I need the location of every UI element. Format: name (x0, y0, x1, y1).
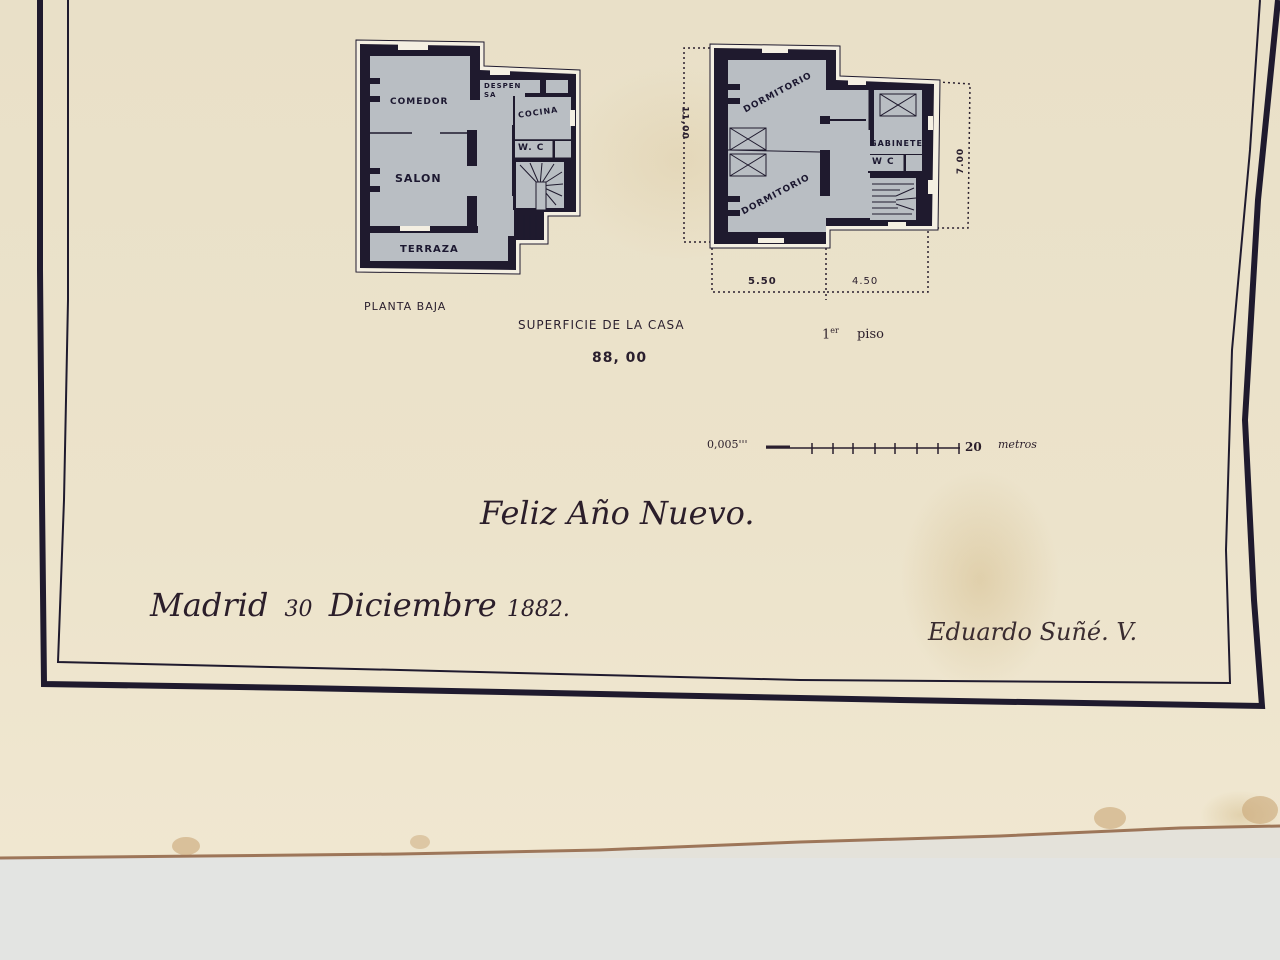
month: Diciembre (329, 586, 497, 624)
scale-end-value: 20 (965, 440, 982, 454)
city: Madrid (150, 586, 268, 624)
place-date: Madrid 30 Diciembre 1882. (150, 586, 570, 624)
scale-unit: metros (998, 438, 1037, 451)
scale-bar (0, 0, 1280, 960)
year: 1882. (507, 597, 570, 622)
day: 30 (285, 597, 313, 622)
greeting: Feliz Año Nuevo. (480, 494, 755, 532)
signature: Eduardo Suñé. V. (928, 618, 1137, 646)
